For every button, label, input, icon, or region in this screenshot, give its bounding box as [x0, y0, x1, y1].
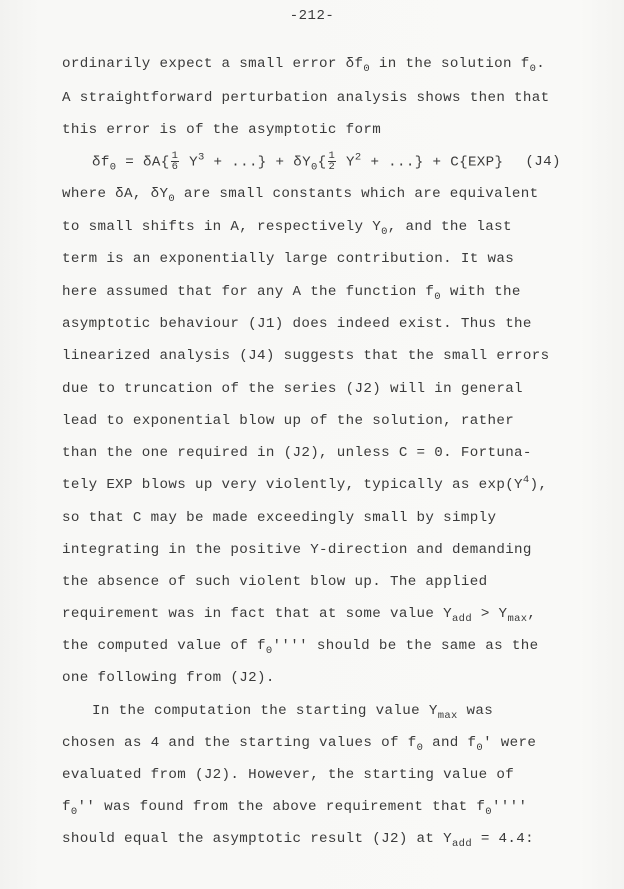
- fraction: 16: [171, 151, 180, 172]
- text-line: one following from (J2).: [62, 670, 275, 686]
- text-line: chosen as 4 and the starting values of f…: [62, 735, 536, 751]
- text-line: where δA, δY0 are small constants which …: [62, 186, 538, 202]
- text-line: tely EXP blows up very violently, typica…: [62, 477, 547, 493]
- text-line: requirement was in fact that at some val…: [62, 606, 536, 622]
- equation-label: (J4): [525, 154, 560, 170]
- text-line: the computed value of f0'''' should be t…: [62, 638, 538, 654]
- text-line: this error is of the asymptotic form: [62, 122, 381, 138]
- text-line: integrating in the positive Y-direction …: [62, 542, 532, 558]
- text-line: A straightforward perturbation analysis …: [62, 90, 550, 106]
- text-line: here assumed that for any A the function…: [62, 284, 521, 300]
- text-line: f0'' was found from the above requiremen…: [62, 799, 527, 815]
- fraction: 12: [328, 151, 337, 172]
- text-line: so that C may be made exceedingly small …: [62, 510, 496, 526]
- text-line: than the one required in (J2), unless C …: [62, 445, 532, 461]
- equation-j4: δf0 = δA{16 Y3 + ...} + δY0{12 Y2 + ...}…: [92, 151, 561, 172]
- text-line: In the computation the starting value Ym…: [92, 703, 493, 719]
- text-line: linearized analysis (J4) suggests that t…: [62, 348, 550, 364]
- document-page: -212- ordinarily expect a small error δf…: [0, 0, 624, 889]
- text-line: due to truncation of the series (J2) wil…: [62, 381, 523, 397]
- text-line: ordinarily expect a small error δf0 in t…: [62, 56, 545, 72]
- text-line: lead to exponential blow up of the solut…: [62, 413, 514, 429]
- text-line: term is an exponentially large contribut…: [62, 251, 514, 267]
- text-line: the absence of such violent blow up. The…: [62, 574, 487, 590]
- text-line: evaluated from (J2). However, the starti…: [62, 767, 514, 783]
- text-line: asymptotic behaviour (J1) does indeed ex…: [62, 316, 532, 332]
- text-line: to small shifts in A, respectively Y0, a…: [62, 219, 512, 235]
- text-line: should equal the asymptotic result (J2) …: [62, 831, 534, 847]
- page-number: -212-: [0, 8, 624, 24]
